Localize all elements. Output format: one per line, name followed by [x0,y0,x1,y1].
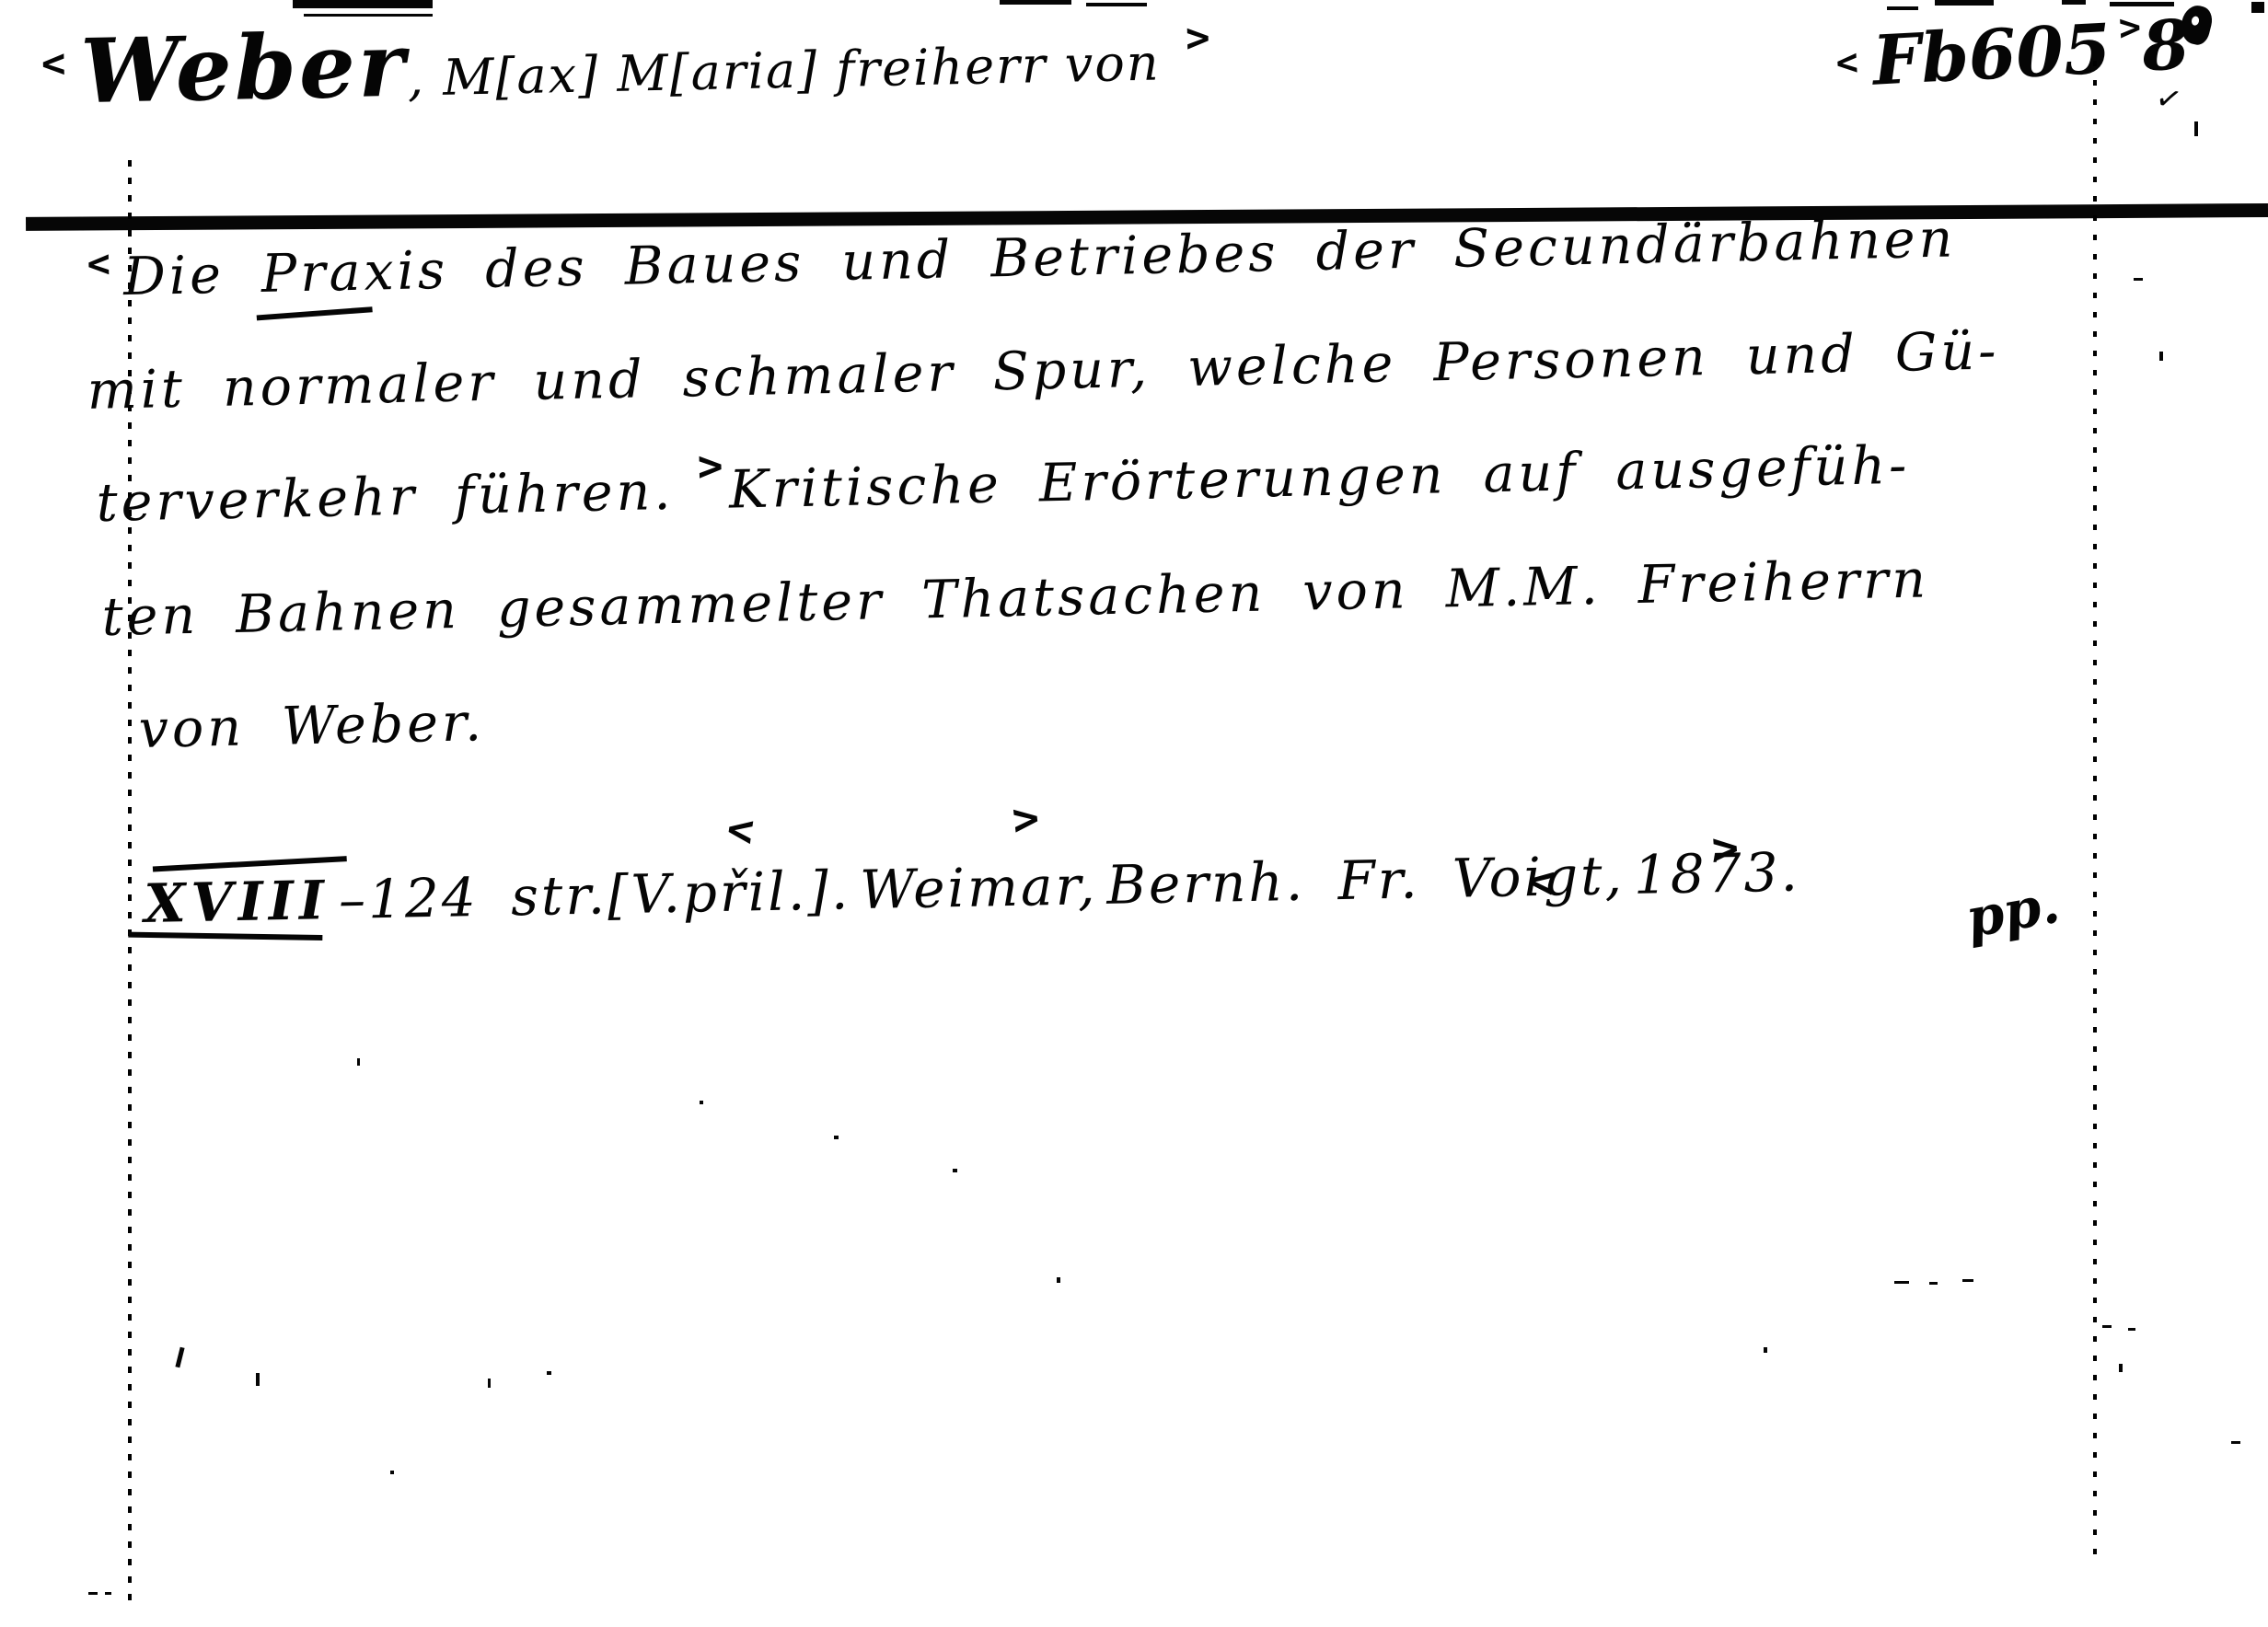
ink-speck [2128,1328,2135,1331]
ink-speck [1894,1281,1909,1284]
underlined-filing-word: Pra [260,242,364,305]
scan-artifact [1000,0,1071,5]
title-line-2: mit normaler und schmaler Spur, welche P… [87,320,2000,421]
title-text: Kritische Erörterungen auf ausgefüh- [728,435,1911,521]
title-text: Die [122,244,261,307]
insertion-caret-icon: < [87,240,114,286]
title-text: mit normaler und schmaler Spur, welche P… [87,320,2000,421]
ink-speck [1962,1279,1973,1282]
shelfmark-code: Fb605 [1870,9,2112,100]
scan-artifact [2251,2,2264,13]
scan-artifact [2062,0,2086,5]
imprint-line: XVIII–124 str.[V.přil.].Weimar,Bernh. Fr… [144,840,1810,935]
title-text: terverkehr führen. [96,461,675,534]
publication-place: Weimar, [860,854,1098,921]
title-line-5: von Weber. [138,692,486,760]
insertion-caret-icon: > [1710,822,1741,875]
pagination-note: pp. [1961,872,2065,951]
ink-speck [2159,352,2163,361]
collation-roman-numeral: XVIII [144,869,330,935]
right-dotted-border [2093,61,2097,1566]
ink-speck [2231,1441,2240,1444]
title-text: ten Bahnen gesammelter Thatsachen von M.… [101,548,1930,648]
insertion-caret-icon: < [1834,41,1858,85]
ink-speck [256,1373,260,1386]
insertion-caret-icon: > [1185,14,1212,62]
insertion-caret-icon: < [723,802,757,857]
title-text: von Weber. [138,692,486,760]
insertion-caret-icon: < [40,40,68,87]
scan-artifact [2110,2,2174,6]
ink-speck [357,1058,360,1066]
scan-artifact [1935,0,1994,6]
ink-speck [88,1592,98,1595]
ink-speck [700,1101,703,1104]
author-qualifier: , M[ax] M[aria] freiherr von [407,34,1161,108]
ink-speck [1764,1347,1767,1353]
ink-speck [105,1592,111,1595]
insertion-caret-icon: > [1010,792,1042,847]
scan-artifact [293,0,433,8]
author-name: Weber [79,13,408,123]
ink-speck [1929,1282,1938,1285]
collation-pages: –124 str.[V.přil.]. [338,859,850,931]
ink-speck [488,1379,491,1388]
ink-speck [175,1347,184,1368]
ink-speck [953,1169,957,1172]
ink-speck [834,1136,839,1139]
ink-speck [2119,1364,2123,1372]
insertion-caret-icon: > [697,441,727,491]
title-line-4: ten Bahnen gesammelter Thatsachen von M.… [101,548,1930,648]
ink-speck [1057,1277,1060,1283]
author-heading: <Weber, M[ax] M[aria] freiherr von> [40,0,1213,124]
scan-artifact [2194,121,2198,136]
ink-speck [390,1471,394,1474]
ink-speck [2102,1325,2112,1328]
scan-artifact [304,14,433,17]
scan-artifact [1086,3,1147,6]
scan-artifact [1887,6,1918,10]
ink-speck [2134,278,2143,281]
insertion-caret-icon: > [2118,6,2142,50]
title-line-3: terverkehr führen.>Kritische Erörterunge… [96,435,1911,534]
insertion-caret-icon: < [1525,855,1557,909]
ink-speck [547,1371,551,1375]
catalog-card: <Weber, M[ax] M[aria] freiherr von> <Fb6… [0,0,2268,1627]
